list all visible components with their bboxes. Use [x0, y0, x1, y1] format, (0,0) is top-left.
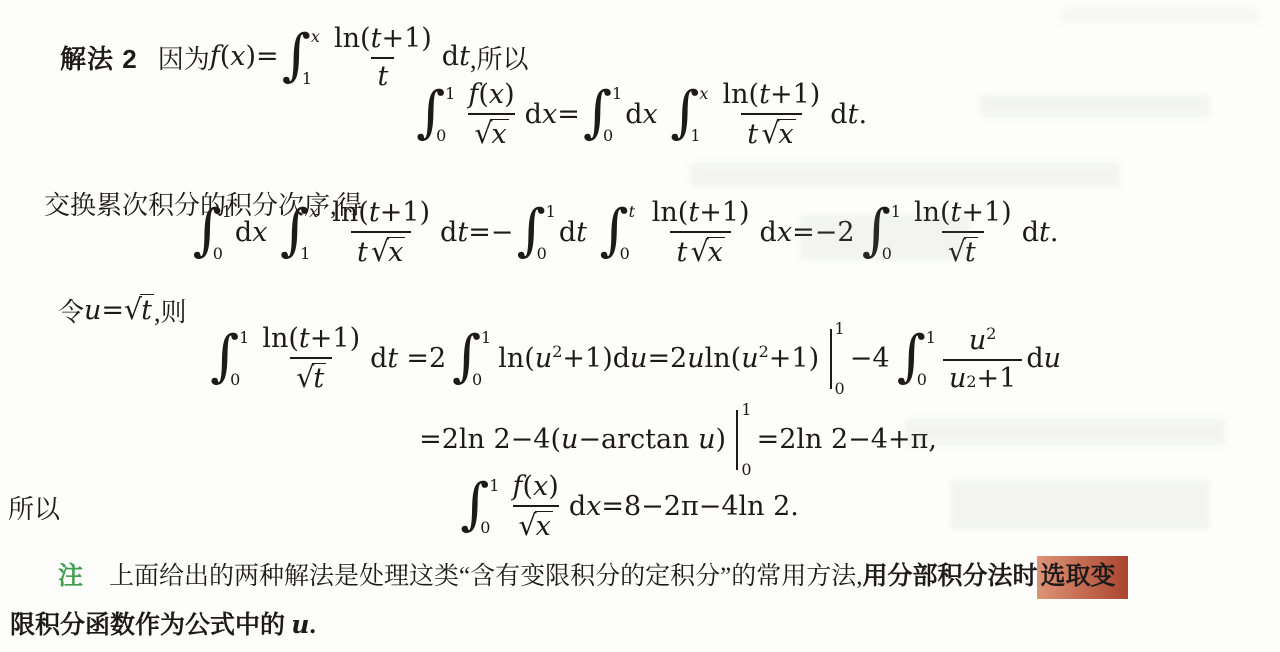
- math-r: d: [235, 217, 252, 248]
- sqrt-radical: √t: [948, 236, 978, 268]
- math-i: x: [252, 217, 267, 248]
- math-i: t: [371, 23, 382, 54]
- math-sup: 2: [966, 373, 976, 391]
- math-r: ): [504, 79, 515, 110]
- math-r: +1): [381, 23, 431, 54]
- integral-sign: ∫10: [193, 204, 232, 262]
- note-line2-period: .: [309, 612, 315, 639]
- math-r: +1): [310, 323, 360, 354]
- math-r: .: [858, 99, 867, 130]
- math-text-run: =2ln 2−4(u−arctan u): [419, 424, 731, 456]
- math-r: (: [478, 79, 489, 110]
- math-i: u: [969, 325, 986, 356]
- math-r: =−2: [792, 217, 854, 248]
- bleed-through-artifact: [690, 163, 1120, 187]
- integral-sign: ∫x1: [670, 86, 709, 144]
- math-i: x: [533, 471, 548, 502]
- intro-text-after: ,所以: [470, 39, 529, 76]
- note-label: 注: [58, 562, 83, 590]
- math-i: u: [630, 343, 647, 374]
- math-text-run: dt=−: [440, 217, 513, 249]
- math-i: f: [468, 79, 478, 110]
- integral-sign: ∫t0: [599, 204, 638, 262]
- math-text-run: =2ln 2−4+π,: [757, 424, 937, 456]
- math-r: =: [557, 99, 580, 130]
- math-r: d: [1026, 343, 1043, 374]
- math-r: (: [220, 41, 231, 72]
- display-formula-iterated-integral: ∫10f(x)√xdx=∫10dx∫x1ln(t+1)t√xdt.: [413, 80, 867, 149]
- note-line2-bold: 限积分函数作为公式中的: [10, 612, 291, 639]
- math-r: ln(: [332, 197, 369, 228]
- math-i: u: [687, 343, 704, 374]
- note-paragraph: 注上面给出的两种解法是处理这类“含有变限积分的定积分”的常用方法,用分部积分法时…: [10, 552, 1280, 650]
- math-i: u: [535, 343, 552, 374]
- sqrt-radical: √t: [296, 362, 326, 394]
- evaluation-bar: 10: [830, 321, 845, 397]
- math-r: ): [548, 471, 559, 502]
- math-i: t: [369, 197, 380, 228]
- integral-sign: ∫10: [460, 478, 499, 536]
- solution-label: 解法 2: [60, 39, 138, 76]
- math-r: =2ln 2−4+π,: [757, 424, 937, 455]
- math-i: t: [951, 197, 962, 228]
- math-i: u: [741, 343, 758, 374]
- math-r: d: [440, 217, 457, 248]
- note-text-highlighted: 选取变: [1037, 556, 1127, 599]
- fraction: ln(t+1)t√x: [717, 80, 827, 149]
- math-i: x: [489, 79, 504, 110]
- math-i: t: [576, 217, 587, 248]
- math-r: (: [522, 471, 533, 502]
- math-text-run: dt: [559, 217, 597, 249]
- math-r: +1): [699, 197, 749, 228]
- math-r: ln(: [334, 23, 371, 54]
- math-r: d: [830, 99, 847, 130]
- display-formula-result: ∫10f(x)√xdx=8−2π−4ln 2.: [457, 472, 799, 541]
- integral-sign: ∫10: [210, 330, 249, 388]
- math-r: +1): [770, 79, 820, 110]
- math-r: d: [525, 99, 542, 130]
- integral-sign: ∫x1: [280, 204, 319, 262]
- intro-text-before: 因为: [158, 39, 210, 76]
- math-text-run: du: [1026, 343, 1061, 375]
- math-r: =2: [647, 343, 687, 374]
- fraction: ln(t+1)t√x: [646, 198, 756, 267]
- math-r: −arctan: [578, 424, 698, 455]
- math-r: d: [442, 41, 459, 72]
- math-i: u: [561, 424, 578, 455]
- math-r: ln(: [498, 343, 535, 374]
- math-i: t: [313, 363, 324, 394]
- math-text-run: dt.: [830, 99, 867, 131]
- note-text-normal: 上面给出的两种解法是处理这类“含有变限积分的定积分”的常用方法,: [109, 563, 862, 590]
- math-r: +1): [961, 197, 1011, 228]
- math-r: d: [625, 99, 642, 130]
- therefore-text: 所以: [8, 489, 60, 526]
- integral-sign: ∫10: [452, 330, 491, 388]
- math-text-run: dx=−2: [760, 217, 859, 249]
- math-i: x: [536, 511, 551, 542]
- fraction: ln(t+1)t√x: [326, 198, 436, 267]
- math-sup: 2: [552, 342, 562, 361]
- math-r: d: [760, 217, 777, 248]
- note-text-bold: 用分部积分法时: [862, 563, 1037, 590]
- integral-sign: ∫10: [416, 86, 455, 144]
- math-r: ln(: [262, 323, 299, 354]
- sqrt-radical: √x: [691, 236, 725, 268]
- integral-sign: ∫10: [862, 204, 901, 262]
- math-i: t: [759, 79, 770, 110]
- math-text-run: dt=2: [370, 343, 449, 375]
- math-r: +1)d: [562, 343, 630, 374]
- math-i: t: [676, 238, 687, 268]
- sqrt-radical: √x: [519, 510, 553, 542]
- math-i: x: [388, 237, 403, 268]
- math-r: =2: [406, 343, 446, 374]
- math-r: ln(: [914, 197, 951, 228]
- math-r: ): [715, 424, 726, 455]
- math-text-run: dt.: [1022, 217, 1059, 249]
- math-i: x: [230, 41, 245, 72]
- math-text-run: dx: [625, 99, 667, 131]
- display-formula-order-exchanged: ∫10dx∫x1ln(t+1)t√xdt=−∫10dt∫t0ln(t+1)t√x…: [190, 198, 1059, 267]
- math-text-run: −4: [850, 343, 894, 375]
- math-text-run: dx: [235, 217, 277, 249]
- math-i: t: [357, 238, 368, 268]
- math-r: ln(: [705, 343, 742, 374]
- fraction: u2u2+1: [943, 325, 1022, 393]
- math-i: x: [542, 99, 557, 130]
- math-i: x: [491, 119, 506, 150]
- math-r: =2ln 2−4(: [419, 424, 561, 455]
- note-line2-variable: u: [291, 610, 309, 639]
- math-i: t: [1039, 217, 1050, 248]
- math-i: u: [698, 424, 715, 455]
- math-i: t: [459, 41, 470, 72]
- math-i: x: [708, 237, 723, 268]
- math-i: u: [949, 364, 966, 394]
- math-text-run: dx=8−2π−4ln 2.: [569, 491, 799, 523]
- fraction: f(x)√x: [462, 80, 520, 149]
- math-i: t: [848, 99, 859, 130]
- integral-sign: ∫10: [583, 86, 622, 144]
- conclusion-row: 所以 ∫10f(x)√xdx=8−2π−4ln 2.: [0, 470, 1280, 544]
- sqrt-radical: √x: [371, 236, 405, 268]
- math-text-run: dt: [442, 41, 470, 73]
- math-r: )=: [245, 41, 278, 72]
- math-r: ln(: [652, 197, 689, 228]
- math-i: f: [210, 41, 220, 72]
- math-r: ln(: [723, 79, 760, 110]
- math-text-run: f(x)=: [210, 41, 279, 73]
- math-r: .: [1050, 217, 1059, 248]
- math-r: =8−2π−4ln 2.: [601, 491, 799, 522]
- math-r: −4: [850, 343, 890, 374]
- integral-sign: ∫10: [897, 330, 936, 388]
- math-text-run: dx=: [525, 99, 580, 131]
- math-i: t: [965, 237, 976, 268]
- evaluation-bar: 10: [736, 402, 751, 478]
- display-formula-substituted: ∫10ln(t+1)√tdt=2∫10ln(u2+1)du=2uln(u2+1)…: [207, 321, 1061, 397]
- display-formula-row: =2ln 2−4(u−arctan u)10=2ln 2−4+π,: [0, 404, 1280, 476]
- math-i: t: [688, 197, 699, 228]
- math-r: =−: [468, 217, 513, 248]
- math-sup: 2: [986, 324, 996, 343]
- note-line-2: 限积分函数作为公式中的 u.: [10, 601, 1280, 650]
- math-i: x: [586, 491, 601, 522]
- fraction: ln(t+1)√t: [256, 324, 366, 393]
- math-i: x: [778, 119, 793, 150]
- math-r: d: [370, 343, 387, 374]
- math-i: t: [387, 343, 398, 374]
- bleed-through-artifact: [1060, 6, 1260, 24]
- math-i: t: [299, 323, 310, 354]
- math-i: x: [642, 99, 657, 130]
- sqrt-radical: √x: [474, 118, 508, 150]
- math-i: x: [777, 217, 792, 248]
- fraction: ln(t+1)√t: [908, 198, 1018, 267]
- integral-sign: ∫10: [516, 204, 555, 262]
- math-i: f: [512, 471, 522, 502]
- display-formula-row: ∫10dx∫x1ln(t+1)t√xdt=−∫10dt∫t0ln(t+1)t√x…: [0, 196, 1280, 270]
- math-r: d: [569, 491, 586, 522]
- math-i: t: [457, 217, 468, 248]
- math-r: +1): [769, 343, 819, 374]
- math-r: +1): [380, 197, 430, 228]
- display-formula-evaluation: =2ln 2−4(u−arctan u)10=2ln 2−4+π,: [419, 402, 937, 478]
- math-r: +1: [977, 364, 1017, 394]
- math-sup: 2: [759, 342, 769, 361]
- display-formula-row: ∫10f(x)√xdx=∫10dx∫x1ln(t+1)t√xdt.: [0, 78, 1280, 152]
- math-i: u: [1044, 343, 1061, 374]
- note-line-1: 注上面给出的两种解法是处理这类“含有变限积分的定积分”的常用方法,用分部积分法时…: [10, 552, 1280, 601]
- math-r: d: [559, 217, 576, 248]
- sqrt-radical: √x: [761, 118, 795, 150]
- math-i: t: [747, 120, 758, 150]
- math-text-run: ln(u2+1)du=2uln(u2+1): [494, 342, 824, 375]
- math-r: d: [1022, 217, 1039, 248]
- display-formula-row: ∫10ln(t+1)√tdt=2∫10ln(u2+1)du=2uln(u2+1)…: [0, 320, 1280, 398]
- fraction: f(x)√x: [506, 472, 564, 541]
